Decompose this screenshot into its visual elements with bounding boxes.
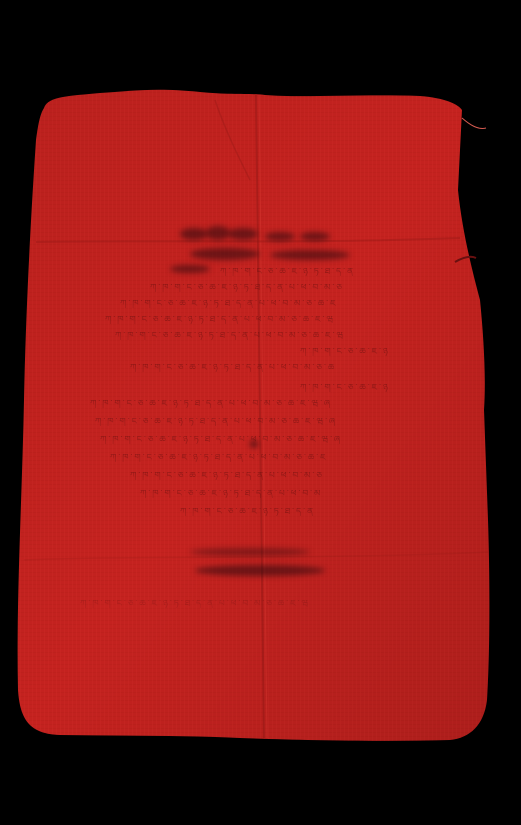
ink-smudge xyxy=(206,226,230,240)
ink-smudge xyxy=(270,250,350,260)
script-line: ཀ་ཁ་ག་ང་ཅ་ཆ་ཇ་ཉ་ཏ་ཐ་ད་ན xyxy=(220,268,370,276)
ink-smudge xyxy=(190,548,310,556)
script-line: ཀ་ཁ་ག་ང་ཅ་ཆ་ཇ་ཉ xyxy=(300,348,430,356)
script-line: ཀ་ཁ་ག་ང་ཅ་ཆ་ཇ་ཉ་ཏ་ཐ་ད་ན་པ་ཕ་བ་མ་ཙ xyxy=(150,284,390,292)
red-cloth-document xyxy=(0,0,521,825)
script-line: ཀ་ཁ་ག་ང་ཅ་ཆ་ཇ་ཉ xyxy=(300,384,430,392)
script-line: ཀ་ཁ་ག་ང་ཅ་ཆ་ཇ་ཉ་ཏ་ཐ་ད་ན་པ་ཕ་བ་མ་ཙ་ཚ་ཛ་ཝ་… xyxy=(95,418,430,426)
script-line: ཀ་ཁ་ག་ང་ཅ་ཆ་ཇ་ཉ་ཏ་ཐ་ད་ན་པ་ཕ་བ་མ་ཙ་ཚ xyxy=(130,364,430,372)
script-line: ཀ་ཁ་ག་ང་ཅ་ཆ་ཇ་ཉ་ཏ་ཐ་ད་ན xyxy=(180,508,380,516)
ink-smudge xyxy=(300,232,330,241)
ink-smudge xyxy=(180,228,208,240)
ink-smudge xyxy=(190,248,260,260)
script-line: ཀ་ཁ་ག་ང་ཅ་ཆ་ཇ་ཉ་ཏ་ཐ་ད་ན་པ་ཕ་བ་མ xyxy=(140,490,400,498)
script-line: ཀ་ཁ་ག་ང་ཅ་ཆ་ཇ་ཉ་ཏ་ཐ་ད་ན་པ་ཕ་བ་མ་ཙ་ཚ་ཛ xyxy=(120,300,410,308)
script-line: ཀ་ཁ་ག་ང་ཅ་ཆ་ཇ་ཉ་ཏ་ཐ་ད་ན་པ་ཕ་བ་མ་ཙ་ཚ་ཛ xyxy=(110,454,420,462)
ink-smudge xyxy=(228,228,258,240)
script-line: ཀ་ཁ་ག་ང་ཅ་ཆ་ཇ་ཉ་ཏ་ཐ་ད་ན་པ་ཕ་བ་མ་ཙ་ཚ་ཛ་ཝ་… xyxy=(90,400,430,408)
ink-smudge xyxy=(170,265,210,273)
script-line: ཀ་ཁ་ག་ང་ཅ་ཆ་ཇ་ཉ་ཏ་ཐ་ད་ན་པ་ཕ་བ་མ་ཙ xyxy=(130,472,410,480)
photo-stage: ཀ་ཁ་ག་ང་ཅ་ཆ་ཇ་ཉ་ཏ་ཐ་ད་ན ཀ་ཁ་ག་ང་ཅ་ཆ་ཇ་ཉ་… xyxy=(0,0,521,825)
script-line: ཀ་ཁ་ག་ང་ཅ་ཆ་ཇ་ཉ་ཏ་ཐ་ད་ན་པ་ཕ་བ་མ་ཙ་ཚ་ཛ་ཝ xyxy=(105,316,420,324)
script-line: ཀ་ཁ་ག་ང་ཅ་ཆ་ཇ་ཉ་ཏ་ཐ་ད་ན་པ་ཕ་བ་མ་ཙ་ཚ་ཛ་ཝ་… xyxy=(100,436,430,444)
ink-dot xyxy=(250,440,258,448)
script-line-faint: ཀ་ཁ་ག་ང་ཅ་ཆ་ཇ་ཉ་ཏ་ཐ་ད་ན་པ་ཕ་བ་མ་ཙ་ཚ་ཛ་ཝ xyxy=(80,600,420,608)
script-line: ཀ་ཁ་ག་ང་ཅ་ཆ་ཇ་ཉ་ཏ་ཐ་ད་ན་པ་ཕ་བ་མ་ཙ་ཚ་ཛ་ཝ xyxy=(115,332,425,340)
ink-smudge xyxy=(265,232,295,241)
frayed-thread xyxy=(462,118,486,128)
ink-smudge xyxy=(195,565,325,576)
